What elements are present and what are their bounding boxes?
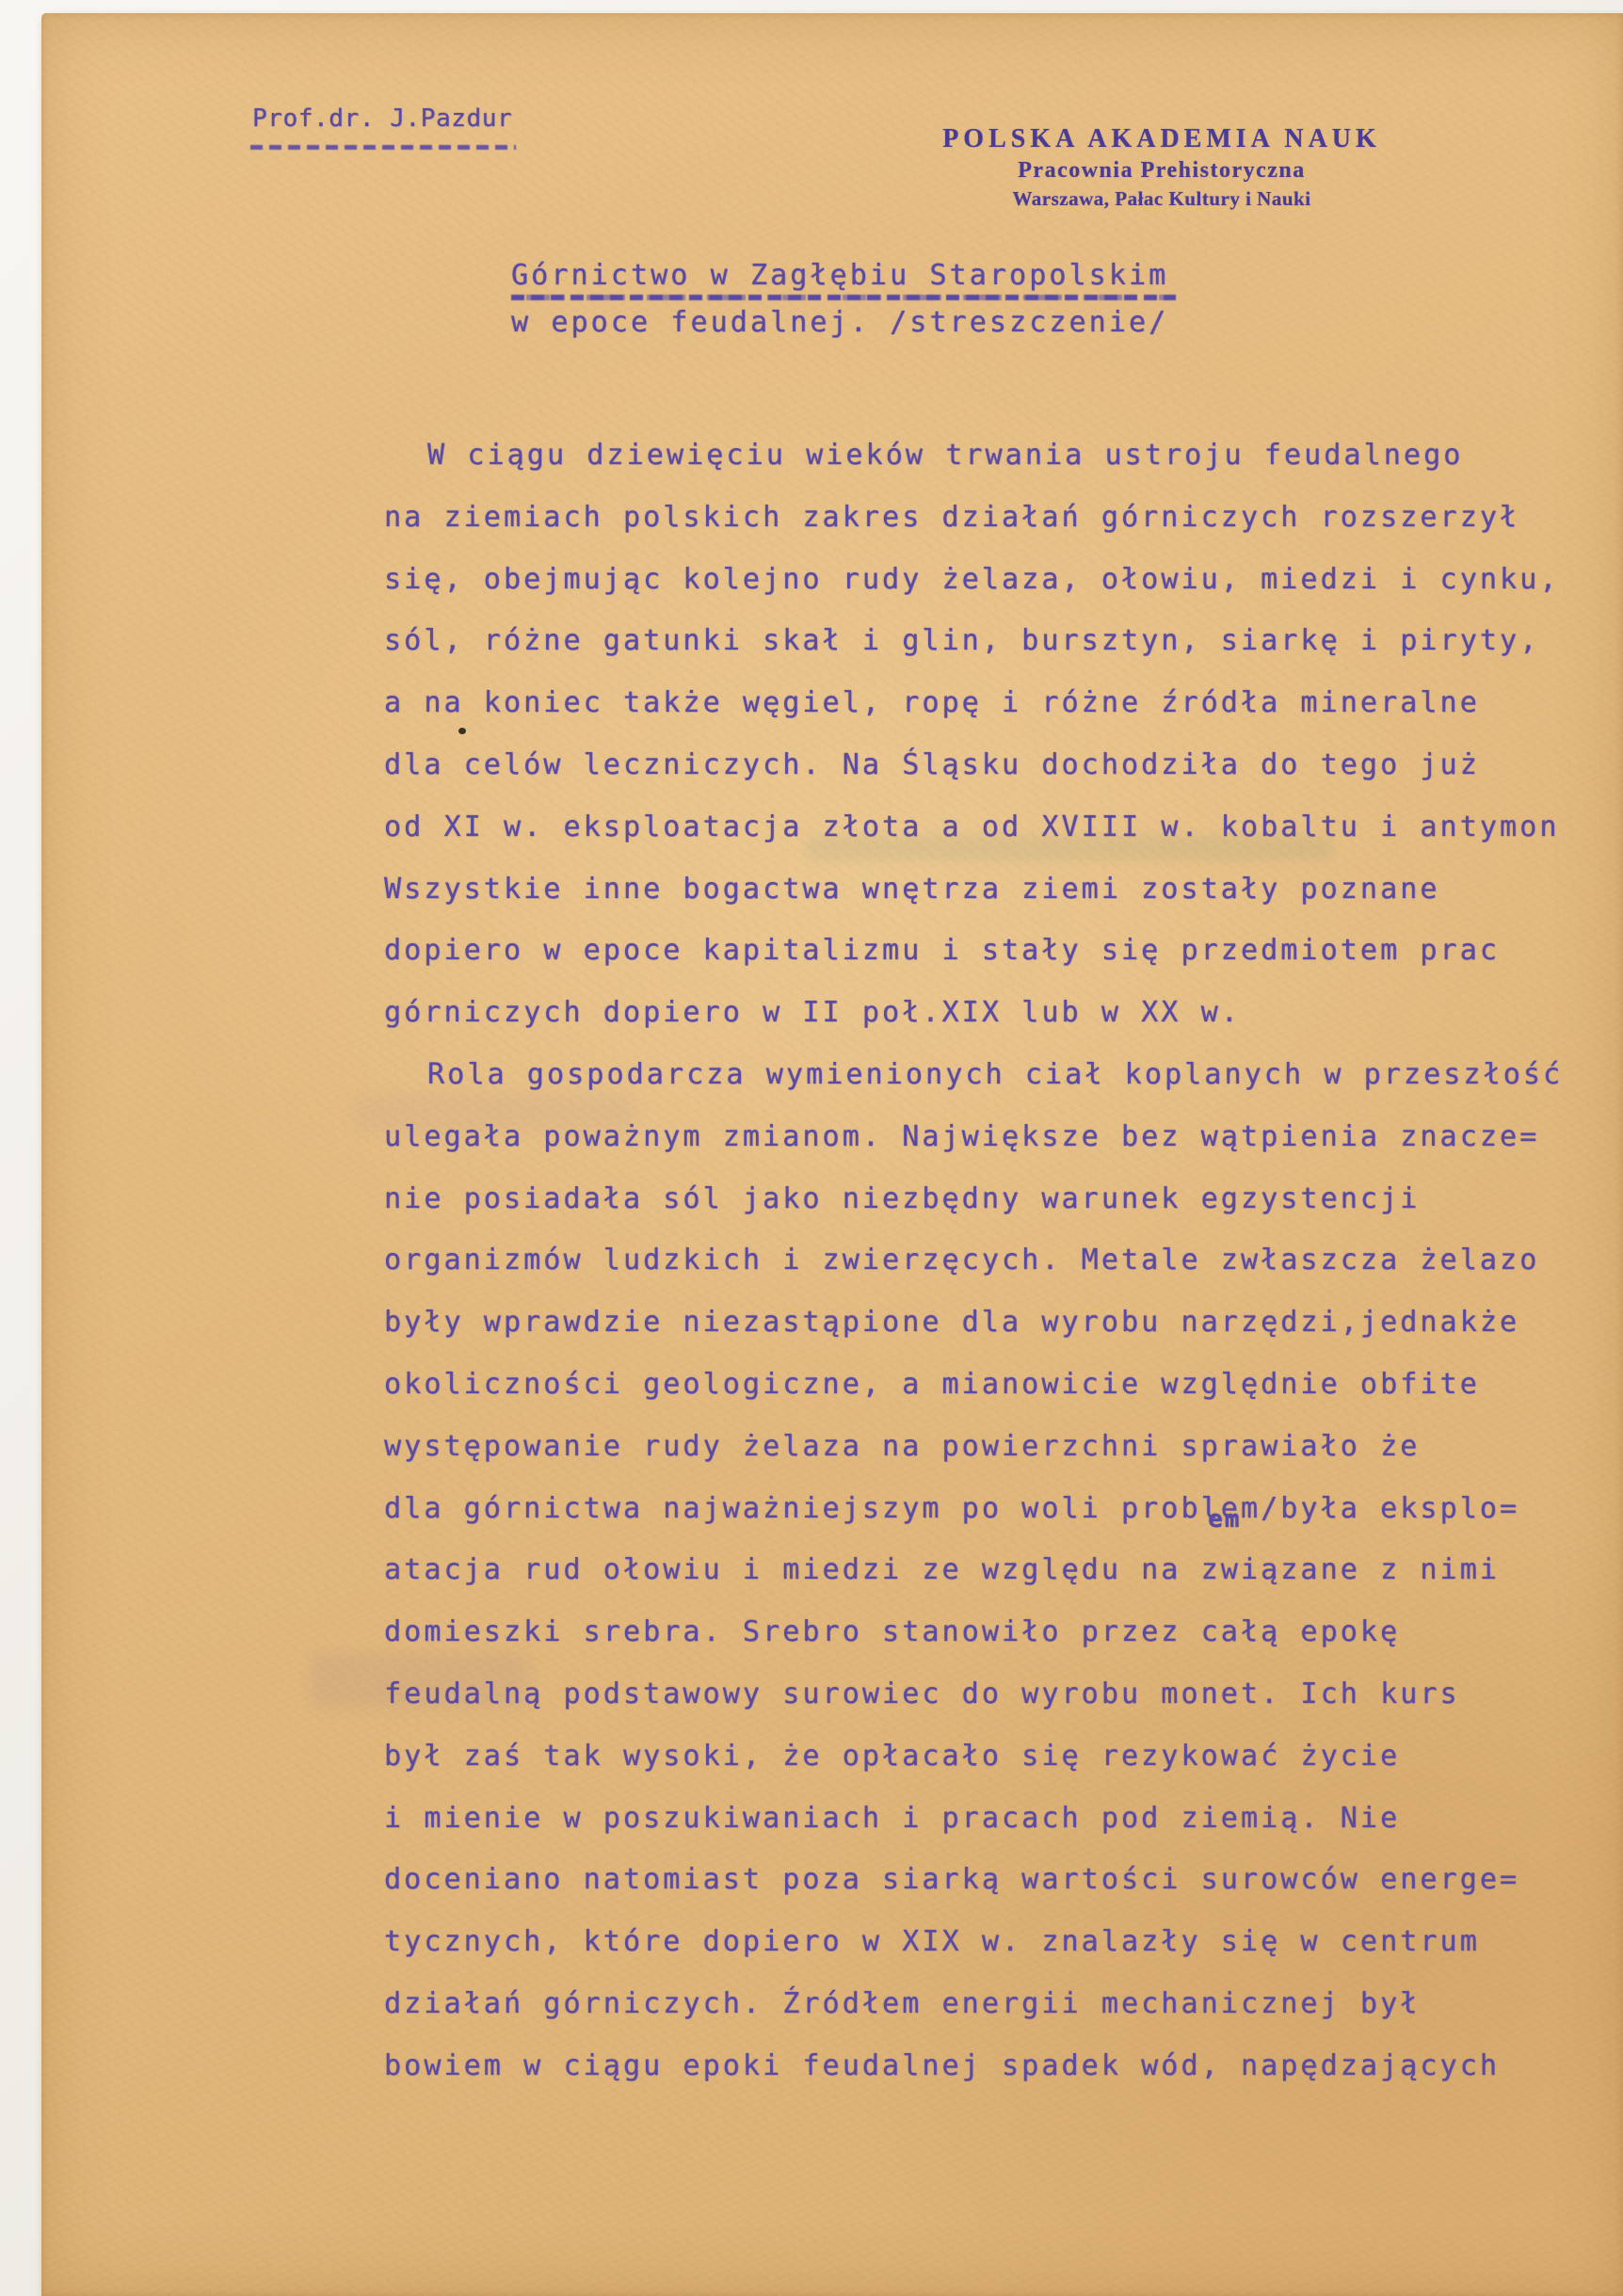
insertion-line-pre: dla górnictwa najważniejszym po woli pro… (384, 1492, 1261, 1525)
typed-line: sól, różne gatunki skał i glin, bursztyn… (384, 610, 1623, 672)
ghost-offset-smudge (352, 1094, 635, 1132)
typed-line: domieszki srebra. Srebro stanowiło przez… (384, 1601, 1623, 1663)
typed-line: bowiem w ciągu epoki feudalnej spadek wó… (384, 2035, 1623, 2097)
typed-line: okoliczności geologiczne, a mianowicie w… (384, 1354, 1623, 1416)
typed-line: doceniano natomiast poza siarką wartości… (384, 1849, 1623, 1911)
typed-line: występowanie rudy żelaza na powierzchni … (384, 1416, 1623, 1478)
ink-speck (458, 728, 466, 734)
document-page: Prof.dr. J.Pazdur POLSKA AKADEMIA NAUK P… (41, 13, 1623, 2296)
insertion-line-post: /była eksplo= (1261, 1492, 1519, 1525)
typed-line: organizmów ludzkich i zwierzęcych. Metal… (384, 1229, 1623, 1292)
title-line-2: w epoce feudalnej. /streszczenie/ (511, 307, 1176, 339)
body-text: W ciągu dziewięciu wieków trwania ustroj… (384, 425, 1623, 2097)
typed-line: się, obejmując kolejno rudy żelaza, ołow… (384, 549, 1623, 611)
title-underline (511, 295, 1176, 300)
typed-line: dopiero w epoce kapitalizmu i stały się … (384, 920, 1623, 982)
ghost-offset-smudge (311, 1653, 527, 1708)
typed-line: dla celów leczniczych. Na Śląsku dochodz… (384, 734, 1623, 796)
typed-line: feudalną podstawowy surowiec do wyrobu m… (384, 1663, 1623, 1726)
document-title: Górnictwo w Zagłębiu Staropolskim w epoc… (511, 260, 1176, 339)
typed-line: na ziemiach polskich zakres działań górn… (384, 487, 1623, 549)
stamp-institution: POLSKA AKADEMIA NAUK (917, 124, 1406, 154)
scanned-document: { "document": { "author": "Prof.dr. J.Pa… (0, 0, 1623, 2296)
stamp-address: Warszawa, Pałac Kultury i Nauki (917, 187, 1406, 211)
interlinear-insertion-text: em (1208, 1489, 1241, 1551)
typed-line: działań górniczych. Źródłem energii mech… (384, 1973, 1623, 2035)
typed-line: a na koniec także węgiel, ropę i różne ź… (384, 672, 1623, 734)
author-underline (250, 145, 516, 150)
typed-line: górniczych dopiero w II poł.XIX lub w XX… (384, 982, 1623, 1044)
typed-line: był zaś tak wysoki, że opłacało się rezy… (384, 1726, 1623, 1788)
author-line: Prof.dr. J.Pazdur (252, 104, 512, 133)
typed-line: atacja rud ołowiu i miedzi ze względu na… (384, 1539, 1623, 1601)
typed-line: W ciągu dziewięciu wieków trwania ustroj… (384, 425, 1623, 487)
typed-line-with-insertion: dla górnictwa najważniejszym po woli pro… (384, 1478, 1623, 1540)
typed-line: i mienie w poszukiwaniach i pracach pod … (384, 1788, 1623, 1850)
ghost-offset-smudge (805, 836, 1332, 860)
typed-line: Wszystkie inne bogactwa wnętrza ziemi zo… (384, 859, 1623, 921)
stamp-department: Pracownia Prehistoryczna (917, 158, 1406, 184)
typed-line: tycznych, które dopiero w XIX w. znalazł… (384, 1911, 1623, 1973)
typed-line: nie posiadała sól jako niezbędny warunek… (384, 1168, 1623, 1230)
letterhead-stamp: POLSKA AKADEMIA NAUK Pracownia Prehistor… (917, 124, 1406, 211)
typed-line: były wprawdzie niezastąpione dla wyrobu … (384, 1292, 1623, 1354)
title-line-1: Górnictwo w Zagłębiu Staropolskim (511, 260, 1176, 292)
